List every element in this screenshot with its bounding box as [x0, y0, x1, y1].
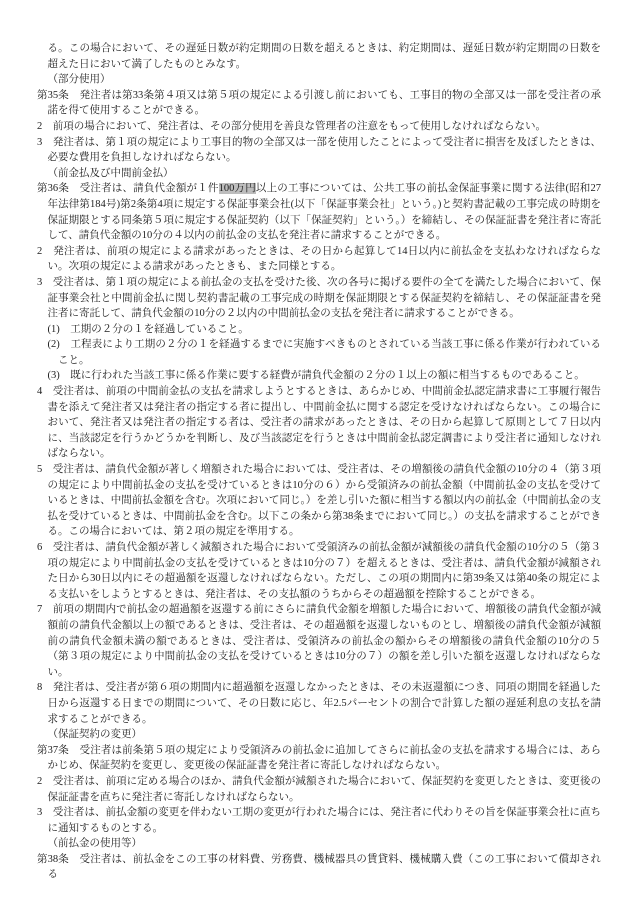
section-heading: （部分使用） — [37, 72, 601, 88]
paragraph: (1) 工期の２分の１を経過していること。 — [37, 322, 601, 338]
paragraph: 2 発注者は、前項の規定による請求があったときは、その日から起算して14日以内に… — [37, 244, 601, 275]
article-paragraph: 第37条 受注者は前条第５項の規定により受領済みの前払金に追加してさらに前払金の… — [37, 743, 601, 774]
paragraph: 3 受注者は、第１項の規定による前払金の支払を受けた後、次の各号に掲げる要件の全… — [37, 275, 601, 322]
paragraph: 3 発注者は、第１項の規定により工事目的物の全部又は一部を使用したことによって受… — [37, 135, 601, 166]
section-heading: （前払金の使用等） — [37, 836, 601, 852]
paragraph: る。この場合において、その遅延日数が約定期間の日数を超えるときは、約定期間は、遅… — [37, 41, 601, 72]
paragraph: 6 受注者は、請負代金額が著しく減額された場合において受領済みの前払金額が減額後… — [37, 540, 601, 602]
document-body: る。この場合において、その遅延日数が約定期間の日数を超えるときは、約定期間は、遅… — [37, 41, 601, 883]
paragraph: 2 前項の場合において、発注者は、その部分使用を善良な管理者の注意をもって使用し… — [37, 119, 601, 135]
paragraph: 2 受注者は、前項に定める場合のほか、請負代金額が減額された場合において、保証契… — [37, 774, 601, 805]
paragraph: 4 受注者は、前項の中間前金払の支払を請求しようとするときは、あらかじめ、中間前… — [37, 384, 601, 462]
paragraph: (3) 既に行われた当該工事に係る作業に要する経費が請負代金額の２分の１以上の額… — [37, 368, 601, 384]
paragraph: 7 前項の期間内で前払金の超過額を返還する前にさらに請負代金額を増額した場合にお… — [37, 602, 601, 680]
paragraph: (2) 工程表により工期の２分の１を経過するまでに実施すべきものとされている当該… — [37, 337, 601, 368]
paragraph: 5 受注者は、請負代金額が著しく増額された場合においては、受注者は、その増額後の… — [37, 462, 601, 540]
section-heading: （保証契約の変更） — [37, 727, 601, 743]
document-page: る。この場合において、その遅延日数が約定期間の日数を超えるときは、約定期間は、遅… — [0, 0, 630, 903]
article-paragraph: 第38条 受注者は、前払金をこの工事の材料費、労務費、機械器具の賃貸料、機械購入… — [37, 852, 601, 883]
article-paragraph: 第36条 受注者は、請負代金額が１件100万円以上の工事については、公共工事の前… — [37, 181, 601, 243]
section-heading: （前金払及び中間前金払） — [37, 166, 601, 182]
article-paragraph: 第35条 発注者は第33条第４項又は第５項の規定による引渡し前においても、工事目… — [37, 88, 601, 119]
highlighted-text: 100万円 — [219, 183, 256, 194]
paragraph: 8 発注者は、受注者が第６項の期間内に超過額を返還しなかったときは、その未返還額… — [37, 680, 601, 727]
paragraph: 3 受注者は、前払金額の変更を伴わない工期の変更が行われた場合には、発注者に代わ… — [37, 805, 601, 836]
